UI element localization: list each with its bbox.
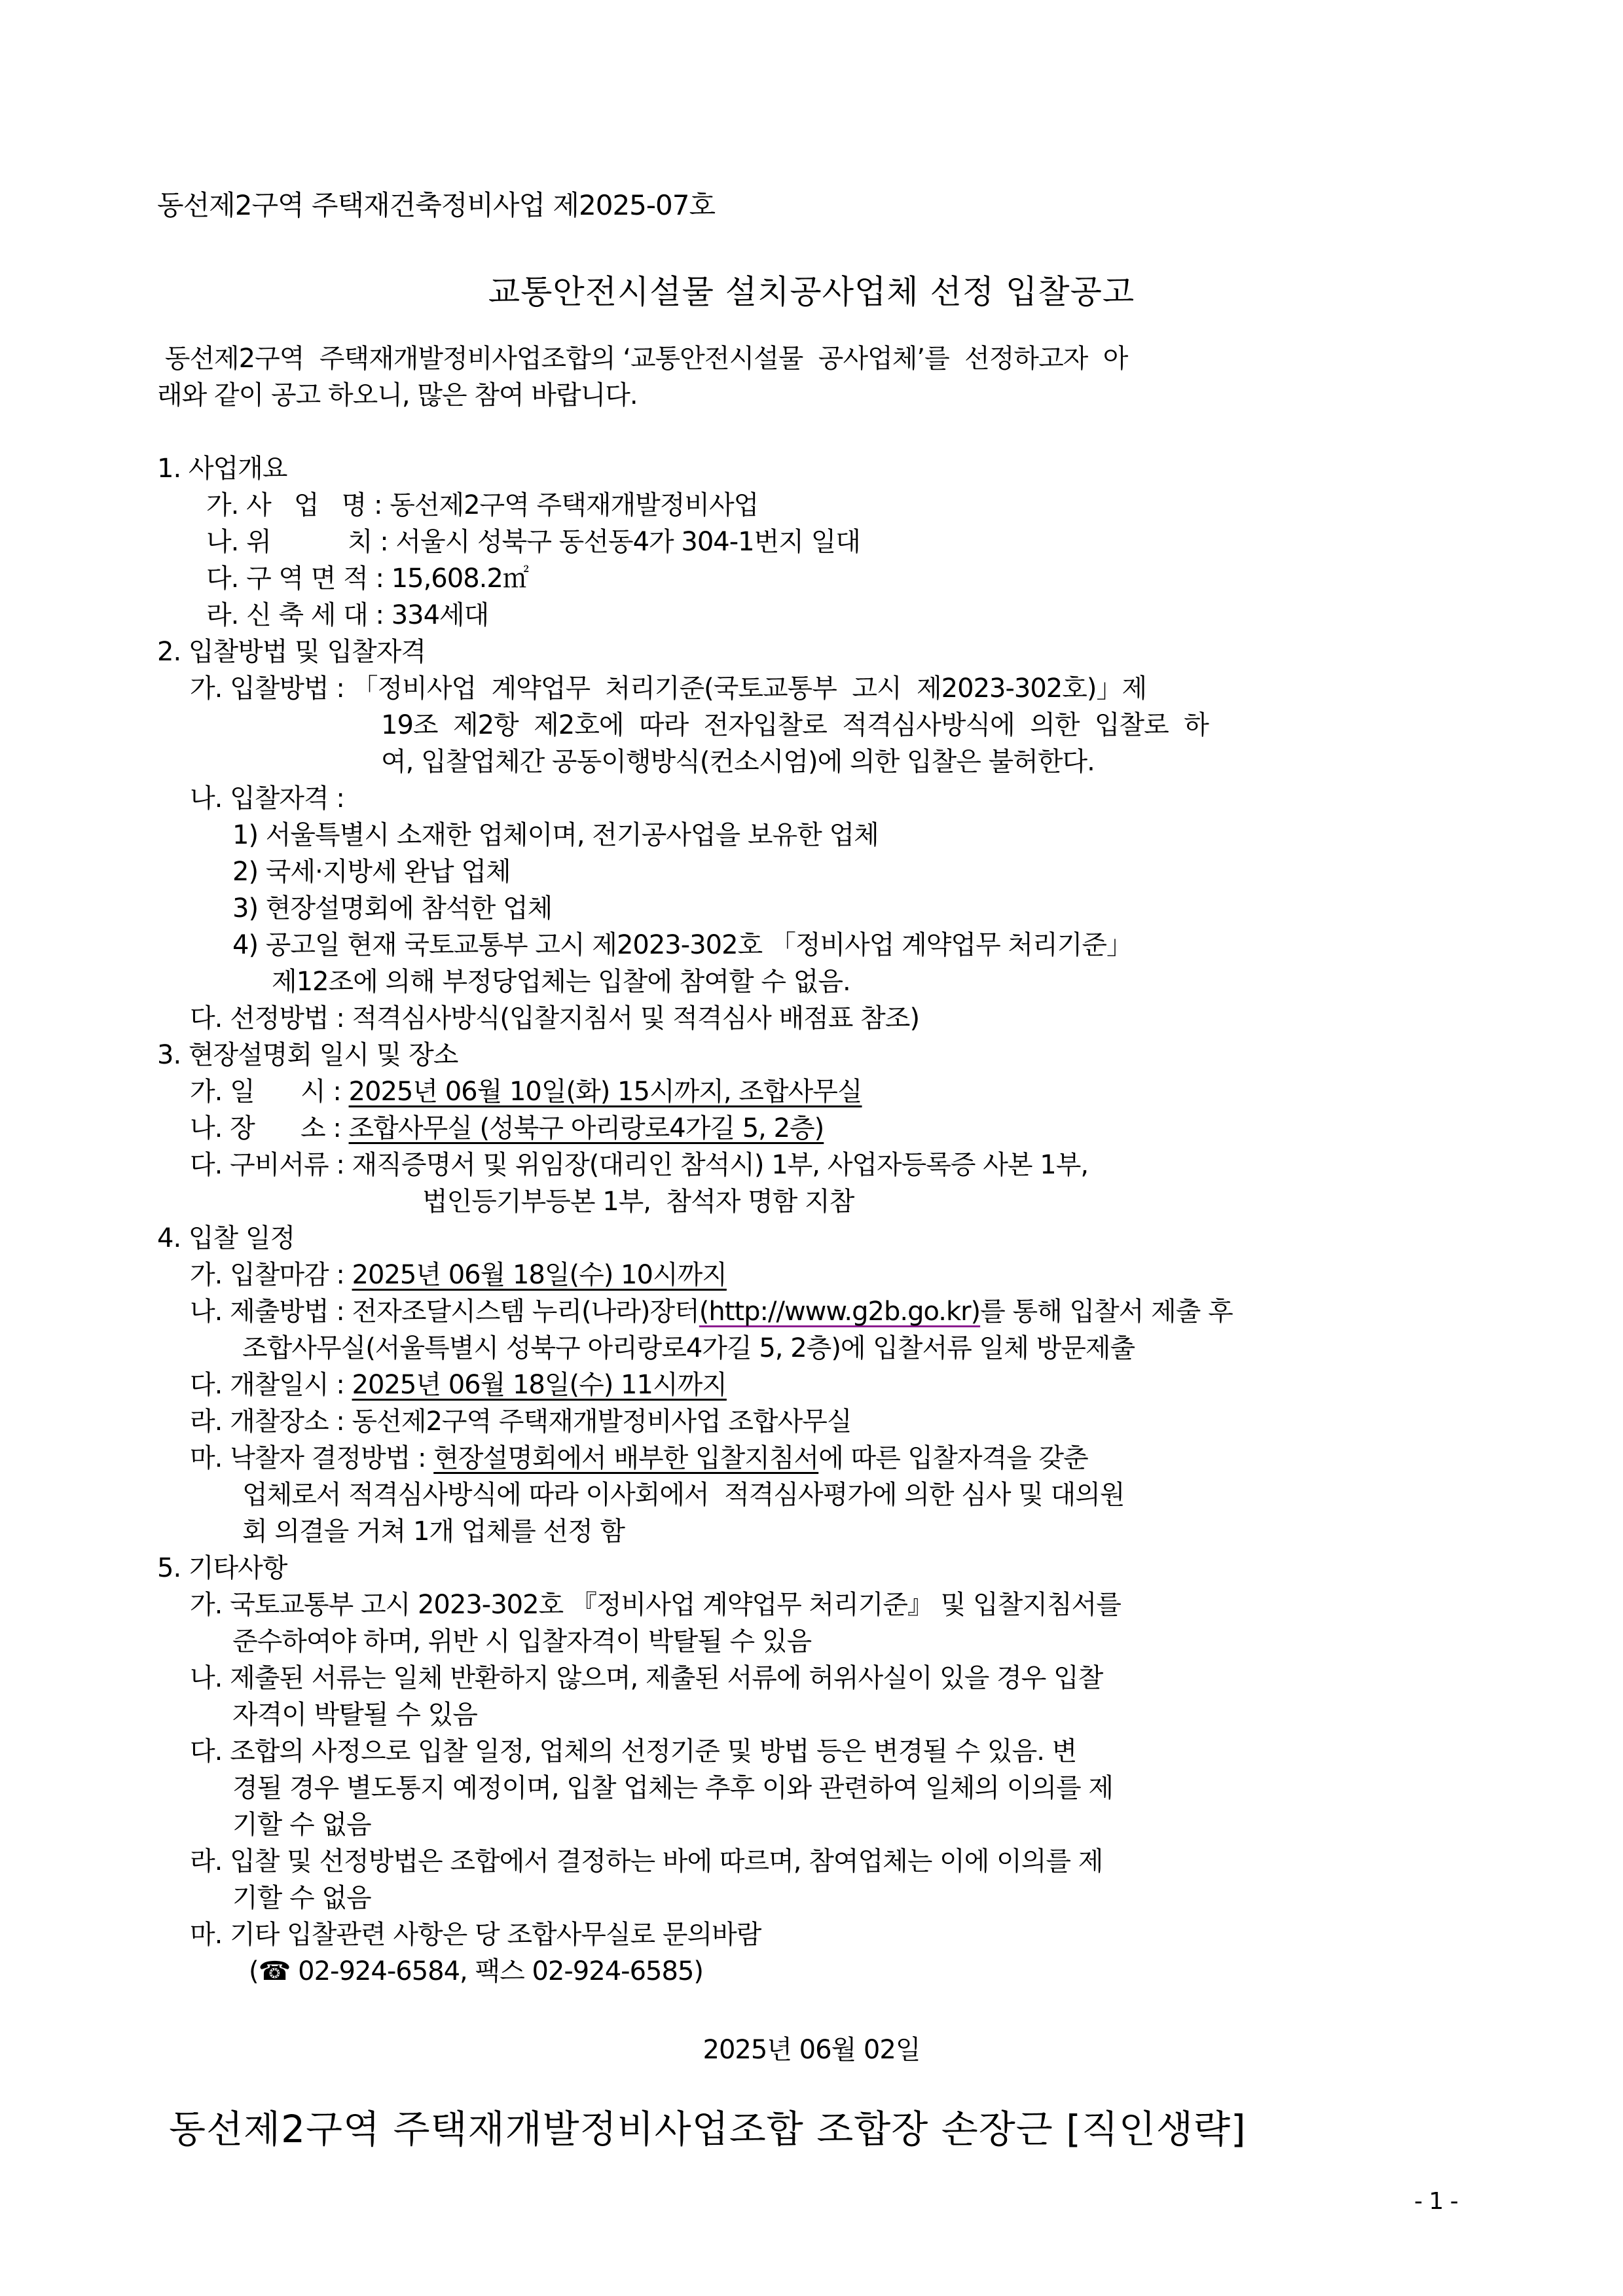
s2-method-label: 가. 입찰방법 : bbox=[190, 673, 352, 704]
intro-line-2: 래와 같이 공고 하오니, 많은 참여 바랍니다. bbox=[157, 378, 638, 412]
signature: 동선제2구역 주택재개발정비사업조합 조합장 손장근 [직인생략] bbox=[169, 2106, 1247, 2152]
s2-qual-1: 1) 서울특별시 소재한 업체이며, 전기공사업을 보유한 업체 bbox=[232, 818, 879, 852]
s2-qual-3: 3) 현장설명회에 참석한 업체 bbox=[232, 891, 552, 925]
s2-qual-4: 4) 공고일 현재 국토교통부 고시 제2023-302호 「정비사업 계약업무… bbox=[232, 928, 1132, 962]
s3-docs-label: 다. 구비서류 : bbox=[190, 1150, 352, 1180]
s4-deadline-label: 가. 입찰마감 : bbox=[190, 1260, 352, 1290]
s1-item-households: 라. 신 축 세 대 : 334세대 bbox=[206, 598, 488, 632]
s1-item-area: 다. 구 역 면 적 : 15,608.2㎡ bbox=[206, 562, 528, 596]
s1-item-value: 15,608.2㎡ bbox=[392, 564, 528, 594]
s4-submit-cont: 조합사무실(서울특별시 성북구 아리랑로4가길 5, 2층)에 입찰서류 일체 … bbox=[242, 1331, 1135, 1365]
s2-method-cont-2: 여, 입찰업체간 공동이행방식(컨소시엄)에 의한 입찰은 불허한다. bbox=[381, 745, 1095, 779]
s2-qual-2: 2) 국세·지방세 완납 업체 bbox=[232, 855, 511, 889]
s5-line: 가. 국토교통부 고시 2023-302호 『정비사업 계약업무 처리기준』 및… bbox=[190, 1588, 1121, 1622]
s1-item-label: 나. 위 치 : bbox=[206, 527, 395, 557]
s5-line: 다. 조합의 사정으로 입찰 일정, 업체의 선정기준 및 방법 등은 변경될 … bbox=[190, 1734, 1076, 1768]
s5-line: 자격이 박탈될 수 있음 bbox=[232, 1698, 477, 1732]
section-4-heading: 4. 입찰 일정 bbox=[157, 1221, 295, 1255]
intro-line-1: 동선제2구역 주택재개발정비사업조합의 ‘교통안전시설물 공사업체’를 선정하고… bbox=[157, 342, 1127, 376]
s3-place: 나. 장 소 : 조합사무실 (성북구 아리랑로4가길 5, 2층) bbox=[190, 1111, 824, 1145]
s4-winner-cont-1: 업체로서 적격심사방식에 따라 이사회에서 적격심사평가에 의한 심사 및 대의… bbox=[242, 1478, 1125, 1512]
s2-method-cont-1: 19조 제2항 제2호에 따라 전자입찰로 적격심사방식에 의한 입찰로 하 bbox=[381, 708, 1209, 742]
s3-docs: 다. 구비서류 : 재직증명서 및 위임장(대리인 참석시) 1부, 사업자등록… bbox=[190, 1148, 1088, 1182]
issue-date: 2025년 06월 02일 bbox=[0, 2033, 1623, 2067]
s5-line: 마. 기타 입찰관련 사항은 당 조합사무실로 문의바람 bbox=[190, 1918, 761, 1952]
page-number: - 1 - bbox=[1414, 2185, 1458, 2219]
s3-docs-text: 재직증명서 및 위임장(대리인 참석시) 1부, 사업자등록증 사본 1부, bbox=[352, 1150, 1089, 1180]
s3-date-label: 가. 일 시 : bbox=[190, 1077, 349, 1107]
s1-item-value: 334세대 bbox=[392, 600, 489, 630]
s3-docs-cont: 법인등기부등본 1부, 참석자 명함 지참 bbox=[422, 1185, 854, 1219]
s4-winner-cont-2: 회 의결을 거쳐 1개 업체를 선정 함 bbox=[242, 1515, 625, 1549]
s4-open-place: 라. 개찰장소 : 동선제2구역 주택재개발정비사업 조합사무실 bbox=[190, 1405, 852, 1439]
s2-qual-label: 나. 입찰자격 : bbox=[190, 781, 344, 816]
s2-qual-4-cont: 제12조에 의해 부정당업체는 입찰에 참여할 수 없음. bbox=[272, 965, 850, 999]
s4-winner-rest: 에 따른 입찰자격을 갖춘 bbox=[818, 1443, 1088, 1473]
s4-open-value: 2025년 06월 18일(수) 11시까지 bbox=[352, 1370, 727, 1400]
g2b-link[interactable]: (http://www.g2b.go.kr) bbox=[699, 1297, 980, 1327]
s1-item-label: 라. 신 축 세 대 : bbox=[206, 600, 392, 630]
s4-deadline-value: 2025년 06월 18일(수) 10시까지 bbox=[352, 1260, 727, 1290]
s3-date: 가. 일 시 : 2025년 06월 10일(화) 15시까지, 조합사무실 bbox=[190, 1075, 862, 1109]
s5-line: 경될 경우 별도통지 예정이며, 입찰 업체는 추후 이와 관련하여 일체의 이… bbox=[232, 1771, 1113, 1805]
s4-submit-text: 전자조달시스템 누리(나라)장터 bbox=[352, 1297, 699, 1327]
s3-place-label: 나. 장 소 : bbox=[190, 1113, 349, 1143]
section-3-heading: 3. 현장설명회 일시 및 장소 bbox=[157, 1038, 458, 1072]
s3-place-value: 조합사무실 (성북구 아리랑로4가길 5, 2층) bbox=[349, 1113, 824, 1143]
s1-item-location: 나. 위 치 : 서울시 성북구 동선동4가 304-1번지 일대 bbox=[206, 525, 860, 559]
section-1-heading: 1. 사업개요 bbox=[157, 452, 287, 486]
s5-line: 준수하여야 하며, 위반 시 입찰자격이 박탈될 수 있음 bbox=[232, 1624, 811, 1659]
s4-deadline: 가. 입찰마감 : 2025년 06월 18일(수) 10시까지 bbox=[190, 1258, 727, 1292]
s5-line: 나. 제출된 서류는 일체 반환하지 않으며, 제출된 서류에 허위사실이 있을… bbox=[190, 1661, 1103, 1695]
section-2-heading: 2. 입찰방법 및 입찰자격 bbox=[157, 635, 426, 669]
s4-open-label: 다. 개찰일시 : bbox=[190, 1370, 352, 1400]
s4-submit-text-post: 를 통해 입찰서 제출 후 bbox=[980, 1297, 1233, 1327]
s4-submit-label: 나. 제출방법 : bbox=[190, 1297, 352, 1327]
page-title: 교통안전시설물 설치공사업체 선정 입찰공고 bbox=[0, 275, 1623, 309]
s1-item-value: 동선제2구역 주택재개발정비사업 bbox=[390, 490, 758, 520]
s2-selection: 다. 선정방법 : 적격심사방식(입찰지침서 및 적격심사 배점표 참조) bbox=[190, 1001, 919, 1035]
s5-contact-line: (☎ 02-924-6584, 팩스 02-924-6585) bbox=[249, 1954, 703, 1988]
s4-submit: 나. 제출방법 : 전자조달시스템 누리(나라)장터(http://www.g2… bbox=[190, 1295, 1233, 1329]
s4-winner-underlined: 현장설명회에서 배부한 입찰지침서 bbox=[433, 1443, 818, 1473]
s3-date-value: 2025년 06월 10일(화) 15시까지, 조합사무실 bbox=[349, 1077, 862, 1107]
doc-number: 동선제2구역 주택재건축정비사업 제2025-07호 bbox=[157, 188, 715, 223]
s5-line: 기할 수 없음 bbox=[232, 1881, 371, 1915]
s5-line: 기할 수 없음 bbox=[232, 1808, 371, 1842]
s1-item-name: 가. 사 업 명 : 동선제2구역 주택재개발정비사업 bbox=[206, 488, 758, 522]
s1-item-label: 다. 구 역 면 적 : bbox=[206, 564, 392, 594]
s2-method-text: 「정비사업 계약업무 처리기준(국토교통부 고시 제2023-302호)」제 bbox=[352, 673, 1147, 704]
s4-winner-label: 마. 낙찰자 결정방법 : bbox=[190, 1443, 433, 1473]
s4-open: 다. 개찰일시 : 2025년 06월 18일(수) 11시까지 bbox=[190, 1368, 727, 1402]
section-5-heading: 5. 기타사항 bbox=[157, 1551, 287, 1585]
s2-method: 가. 입찰방법 : 「정비사업 계약업무 처리기준(국토교통부 고시 제2023… bbox=[190, 672, 1146, 706]
s1-item-value: 서울시 성북구 동선동4가 304-1번지 일대 bbox=[395, 527, 860, 557]
s4-winner: 마. 낙찰자 결정방법 : 현장설명회에서 배부한 입찰지침서에 따른 입찰자격… bbox=[190, 1441, 1088, 1475]
s5-line: 라. 입찰 및 선정방법은 조합에서 결정하는 바에 따르며, 참여업체는 이에… bbox=[190, 1844, 1103, 1878]
s1-item-label: 가. 사 업 명 : bbox=[206, 490, 390, 520]
